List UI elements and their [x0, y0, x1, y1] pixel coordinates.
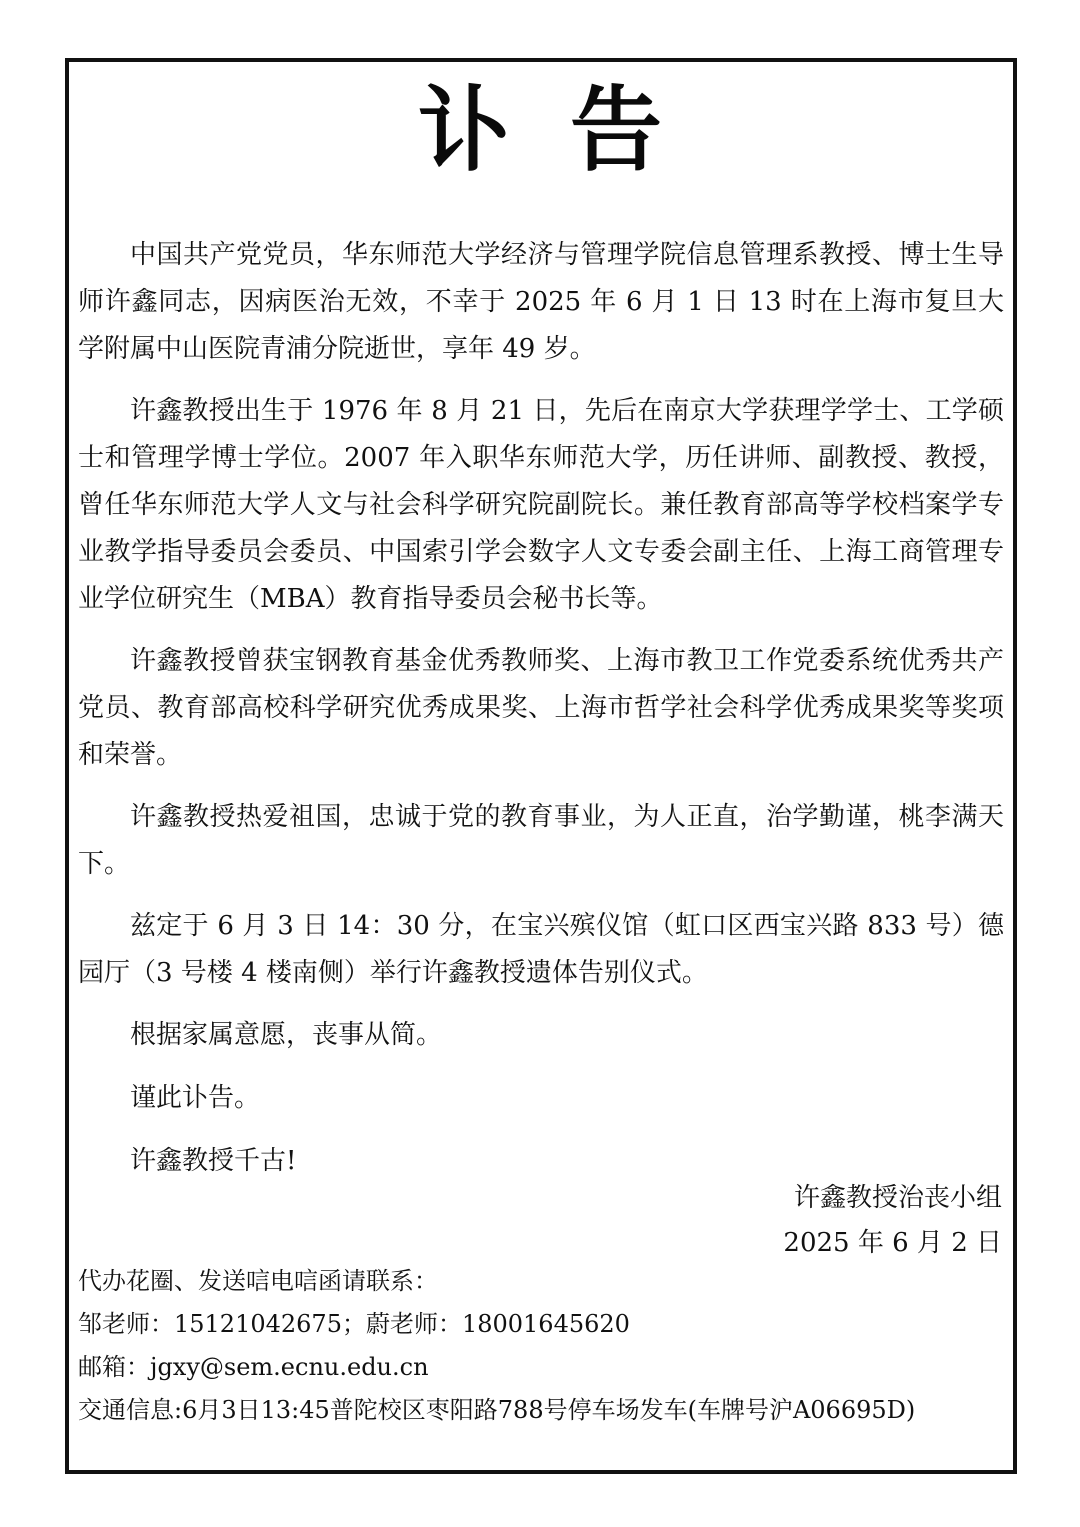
paragraph-awards: 许鑫教授曾获宝钢教育基金优秀教师奖、上海市教卫工作党委系统优秀共产党员、教育部高… — [78, 638, 1004, 779]
email-label: 邮箱： — [78, 1353, 150, 1381]
contact-info: 代办花圈、发送唁电唁函请联系： 邹老师：15121042675；蔚老师：1800… — [78, 1260, 1008, 1432]
signature-organization: 许鑫教授治丧小组 — [783, 1176, 1002, 1221]
obituary-title: 讣告 — [0, 80, 1080, 181]
paragraph-biography: 许鑫教授出生于 1976 年 8 月 21 日，先后在南京大学获理学学士、工学硕… — [78, 388, 1004, 623]
paragraph-tribute: 许鑫教授热爱祖国，忠诚于党的教育事业，为人正直，治学勤谨，桃李满天下。 — [78, 794, 1004, 888]
contact-phones: 邹老师：15121042675；蔚老师：18001645620 — [78, 1303, 1008, 1346]
contact-email-row: 邮箱：jgxy@sem.ecnu.edu.cn — [78, 1346, 1008, 1389]
contact-heading: 代办花圈、发送唁电唁函请联系： — [78, 1260, 1008, 1303]
paragraph-farewell-ceremony: 兹定于 6 月 3 日 14：30 分，在宝兴殡仪馆（虹口区西宝兴路 833 号… — [78, 903, 1004, 997]
paragraph-announcement: 谨此讣告。 — [78, 1075, 1004, 1122]
transport-info: 交通信息:6月3日13:45普陀校区枣阳路788号停车场发车(车牌号沪A0669… — [78, 1389, 1008, 1432]
paragraph-death-notice: 中国共产党党员，华东师范大学经济与管理学院信息管理系教授、博士生导师许鑫同志，因… — [78, 232, 1004, 373]
email-address: jgxy@sem.ecnu.edu.cn — [150, 1353, 429, 1381]
signature-block: 许鑫教授治丧小组 2025 年 6 月 2 日 — [783, 1176, 1002, 1266]
obituary-body: 中国共产党党员，华东师范大学经济与管理学院信息管理系教授、博士生导师许鑫同志，因… — [78, 232, 1004, 1201]
paragraph-family-wishes: 根据家属意愿，丧事从简。 — [78, 1012, 1004, 1059]
